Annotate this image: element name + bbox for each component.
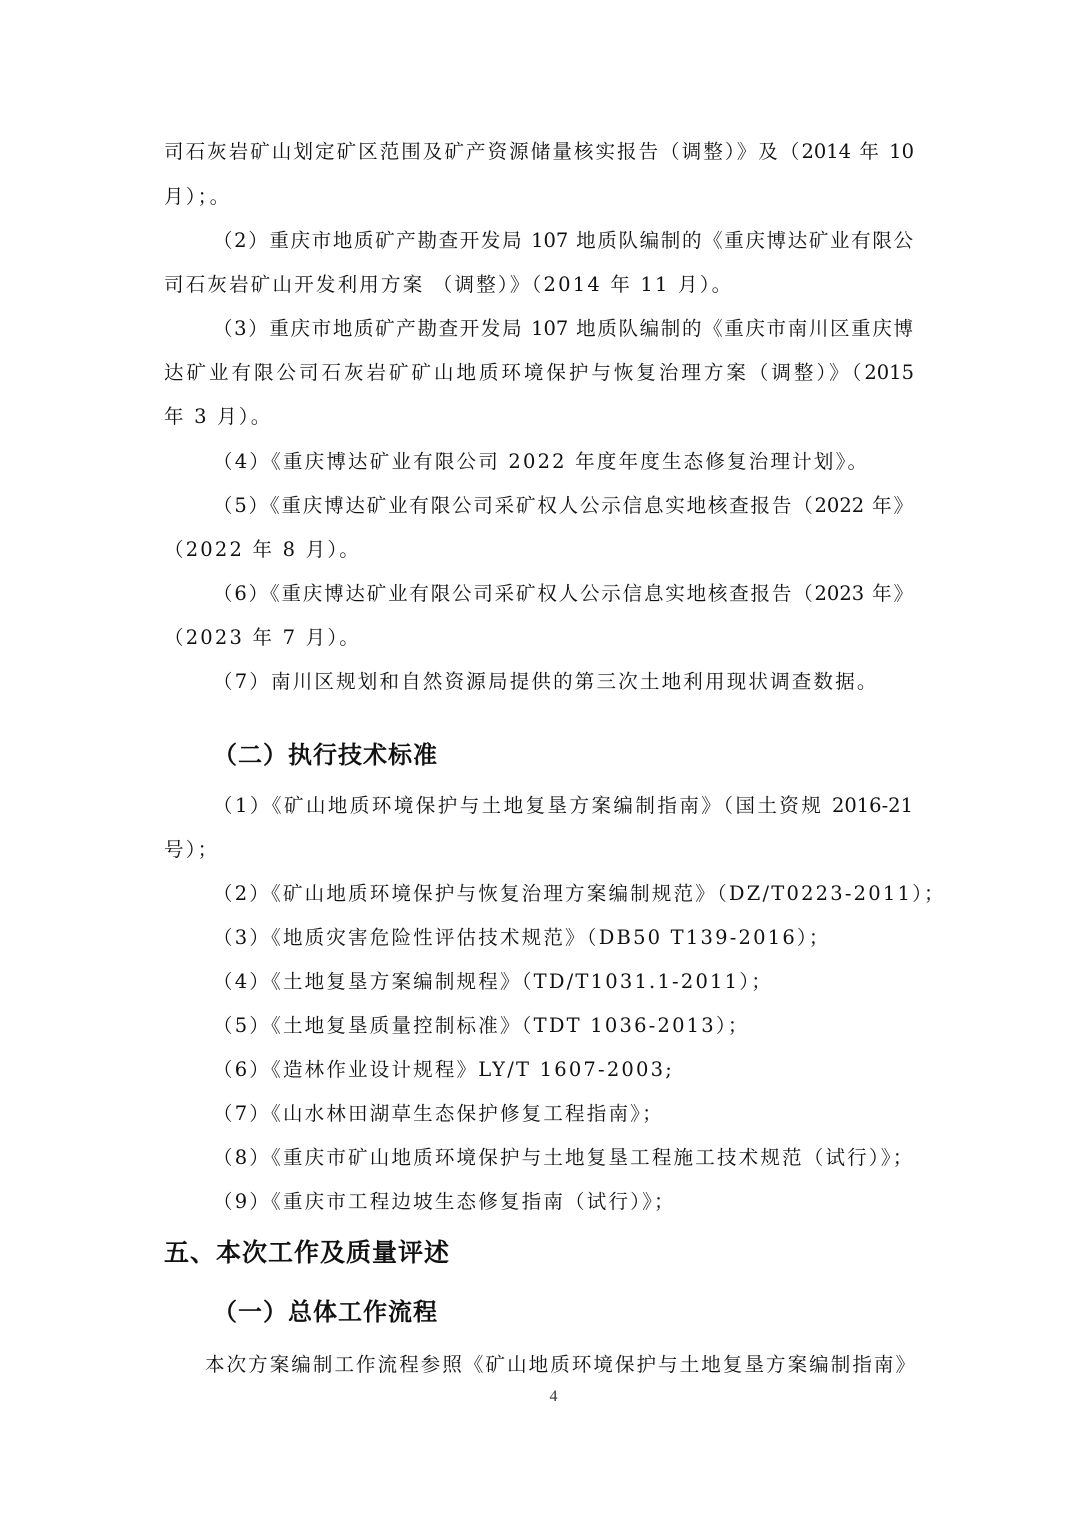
paragraph-line: 达矿业有限公司石灰岩矿矿山地质环境保护与恢复治理方案（调整）》（2015 <box>164 359 914 387</box>
paragraph-line: 司石灰岩矿山划定矿区范围及矿产资源储量核实报告（调整）》及（2014 年 10 <box>164 138 914 166</box>
standard-item-4: （4）《土地复垦方案编制规程》（TD/T1031.1-2011）； <box>213 968 913 996</box>
paragraph-line: 本次方案编制工作流程参照《矿山地质环境保护与土地复垦方案编制指南》 <box>205 1351 915 1379</box>
reference-item-2: （2）重庆市地质矿产勘查开发局 107 地质队编制的《重庆博达矿业有限公 <box>213 227 913 255</box>
section-heading: （二）执行技术标准 <box>213 739 438 771</box>
standard-item-3: （3）《地质灾害危险性评估技术规范》（DB50 T139-2016）； <box>213 924 913 952</box>
paragraph-line: （2022 年 8 月）。 <box>164 536 914 564</box>
document-page: 司石灰岩矿山划定矿区范围及矿产资源储量核实报告（调整）》及（2014 年 10 … <box>0 0 1074 1520</box>
standard-item-9: （9）《重庆市工程边坡生态修复指南（试行）》； <box>213 1188 913 1216</box>
standard-item-8: （8）《重庆市矿山地质环境保护与土地复垦工程施工技术规范（试行）》； <box>213 1144 913 1172</box>
standard-item-6: （6）《造林作业设计规程》LY/T 1607-2003; <box>213 1056 913 1084</box>
reference-item-4: （4）《重庆博达矿业有限公司 2022 年度年度生态修复治理计划》。 <box>213 448 913 476</box>
standard-item-5: （5）《土地复垦质量控制标准》（TDT 1036-2013）； <box>213 1012 913 1040</box>
standard-item-2: （2）《矿山地质环境保护与恢复治理方案编制规范》（DZ/T0223-2011）； <box>213 880 913 908</box>
paragraph-line: 月）；。 <box>164 183 914 211</box>
reference-item-5: （5）《重庆博达矿业有限公司采矿权人公示信息实地核查报告（2022 年》 <box>213 492 913 520</box>
reference-item-3: （3）重庆市地质矿产勘查开发局 107 地质队编制的《重庆市南川区重庆博 <box>213 315 913 343</box>
paragraph-line: （2023 年 7 月）。 <box>164 624 914 652</box>
standard-item-1: （1）《矿山地质环境保护与土地复垦方案编制指南》（国土资规 2016-21 <box>213 792 913 820</box>
reference-item-7: （7）南川区规划和自然资源局提供的第三次土地利用现状调查数据。 <box>213 668 913 696</box>
paragraph-line: 号）； <box>164 836 914 864</box>
paragraph-line: 司石灰岩矿山开发利用方案 （调整）》（2014 年 11 月）。 <box>164 271 914 299</box>
reference-item-6: （6）《重庆博达矿业有限公司采矿权人公示信息实地核查报告（2023 年》 <box>213 580 913 608</box>
paragraph-line: 年 3 月）。 <box>164 403 914 431</box>
page-number: 4 <box>0 1388 1074 1406</box>
section-heading: （一）总体工作流程 <box>213 1296 438 1328</box>
chapter-heading: 五、本次工作及质量评述 <box>164 1236 450 1270</box>
standard-item-7: （7）《山水林田湖草生态保护修复工程指南》； <box>213 1100 913 1128</box>
